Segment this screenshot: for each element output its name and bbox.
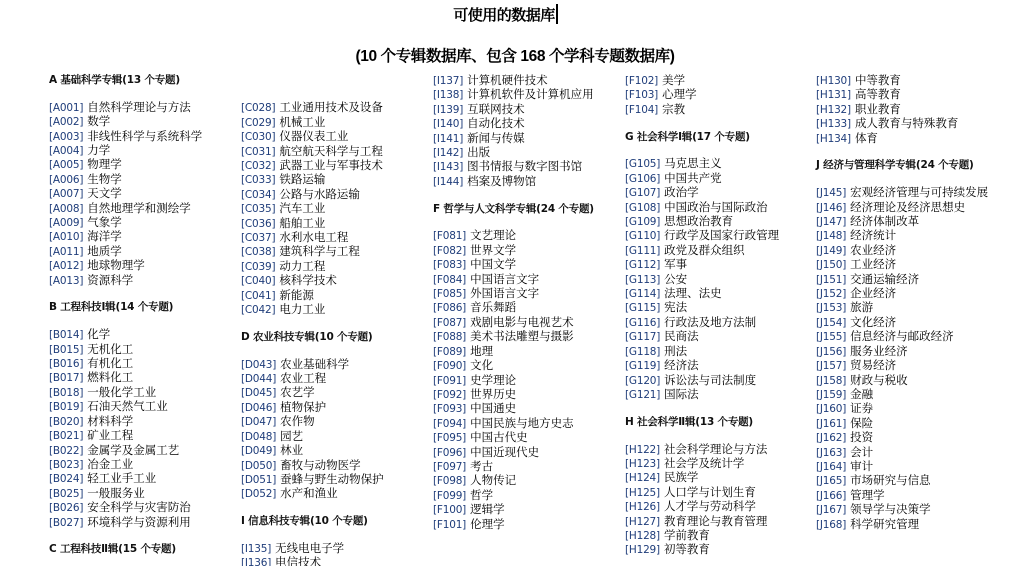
database-name: 中国政治与国际政治	[664, 200, 768, 214]
database-code: [F094]	[433, 418, 466, 430]
database-item: [A013]资源科学	[49, 274, 239, 288]
database-code: [J161]	[816, 418, 846, 430]
database-item: [C030]仪器仪表工业	[241, 130, 431, 144]
database-code: [I141]	[433, 133, 463, 145]
database-code: [G117]	[625, 331, 660, 343]
database-item: [J160]证券	[816, 402, 1006, 416]
database-name: 数学	[87, 114, 110, 128]
database-name: 力学	[87, 143, 110, 157]
spacer	[625, 429, 815, 442]
database-code: [H130]	[816, 75, 851, 87]
column-5: [H130]中等教育[H131]高等教育[H132]职业教育[H133]成人教育…	[816, 74, 1006, 532]
database-code: [C036]	[241, 218, 275, 230]
database-code: [C040]	[241, 275, 275, 287]
database-name: 政治学	[664, 185, 699, 199]
database-name: 文艺理论	[470, 228, 516, 242]
database-item: [A010]海洋学	[49, 230, 239, 244]
spacer	[49, 288, 239, 301]
database-name: 计算机硬件技术	[467, 73, 548, 87]
database-name: 诉讼法与司法制度	[664, 373, 756, 387]
database-name: 地理	[470, 344, 493, 358]
database-code: [H133]	[816, 118, 851, 130]
database-code: [C030]	[241, 131, 275, 143]
database-code: [B027]	[49, 517, 83, 529]
database-item: [F085]外国语言文字	[433, 287, 623, 301]
database-code: [D050]	[241, 460, 276, 472]
database-item: [J157]贸易经济	[816, 359, 1006, 373]
database-code: [F099]	[433, 490, 466, 502]
database-name: 领导学与决策学	[850, 502, 931, 516]
database-item: [J161]保险	[816, 417, 1006, 431]
database-name: 植物保护	[280, 400, 326, 414]
database-item: [F081]文艺理论	[433, 229, 623, 243]
database-item: [J154]文化经济	[816, 316, 1006, 330]
database-code: [G110]	[625, 230, 660, 242]
database-code: [C042]	[241, 304, 275, 316]
spacer	[241, 317, 431, 330]
database-name: 公安	[664, 272, 687, 286]
database-code: [F093]	[433, 403, 466, 415]
database-code: [B015]	[49, 344, 83, 356]
database-item: [I141]新闻与传媒	[433, 132, 623, 146]
database-code: [A010]	[49, 231, 83, 243]
database-item: [I135]无线电电子学	[241, 542, 431, 556]
database-name: 中国民族与地方史志	[470, 416, 574, 430]
database-item: [C037]水利水电工程	[241, 231, 431, 245]
database-name: 社会学及统计学	[664, 456, 745, 470]
database-code: [J167]	[816, 504, 846, 516]
database-item: [J149]农业经济	[816, 244, 1006, 258]
database-code: [C033]	[241, 174, 275, 186]
database-name: 经济体制改革	[850, 214, 919, 228]
database-name: 民族学	[664, 470, 699, 484]
database-code: [J148]	[816, 230, 846, 242]
database-item: [G109]思想政治教育	[625, 215, 815, 229]
database-name: 核科学技术	[279, 273, 337, 287]
database-name: 汽车工业	[279, 201, 325, 215]
database-item: [B023]冶金工业	[49, 458, 239, 472]
database-item: [C040]核科学技术	[241, 274, 431, 288]
database-code: [D047]	[241, 416, 276, 428]
database-item: [G121]国际法	[625, 388, 815, 402]
spacer	[241, 502, 431, 515]
database-code: [G111]	[625, 245, 660, 257]
database-item: [J153]旅游	[816, 301, 1006, 315]
database-code: [F092]	[433, 389, 466, 401]
database-item: [I140]自动化技术	[433, 117, 623, 131]
database-name: 世界文学	[470, 243, 516, 257]
database-item: [F091]史学理论	[433, 374, 623, 388]
database-code: [F098]	[433, 475, 466, 487]
database-item: [I138]计算机软件及计算机应用	[433, 88, 623, 102]
database-item: [I144]档案及博物馆	[433, 175, 623, 189]
database-code: [D045]	[241, 387, 276, 399]
database-item: [J159]金融	[816, 388, 1006, 402]
database-code: [H122]	[625, 444, 660, 456]
database-code: [J163]	[816, 447, 846, 459]
database-name: 船舶工业	[279, 216, 325, 230]
database-code: [A003]	[49, 131, 83, 143]
database-item: [H127]教育理论与教育管理	[625, 515, 815, 529]
database-name: 军事	[664, 257, 687, 271]
database-name: 旅游	[850, 300, 873, 314]
database-item: [G106]中国共产党	[625, 172, 815, 186]
spacer	[433, 189, 623, 202]
database-item: [C041]新能源	[241, 289, 431, 303]
database-item: [D049]林业	[241, 444, 431, 458]
database-item: [F092]世界历史	[433, 388, 623, 402]
database-item: [F093]中国通史	[433, 402, 623, 416]
database-item: [F083]中国文学	[433, 258, 623, 272]
database-code: [A011]	[49, 246, 83, 258]
database-name: 企业经济	[850, 286, 896, 300]
database-item: [F094]中国民族与地方史志	[433, 417, 623, 431]
spacer	[241, 529, 431, 542]
database-item: [F087]戏剧电影与电视艺术	[433, 316, 623, 330]
database-name: 电力工业	[279, 302, 325, 316]
database-name: 材料科学	[87, 414, 133, 428]
database-item: [J148]经济统计	[816, 229, 1006, 243]
database-item: [C029]机械工业	[241, 116, 431, 130]
database-code: [C032]	[241, 160, 275, 172]
database-code: [B023]	[49, 459, 83, 471]
database-name: 安全科学与灾害防治	[87, 500, 191, 514]
database-name: 水产和渔业	[280, 486, 338, 500]
database-item: [F100]逻辑学	[433, 503, 623, 517]
database-name: 生物学	[87, 172, 122, 186]
database-name: 民商法	[664, 329, 699, 343]
database-code: [G120]	[625, 375, 660, 387]
database-item: [G118]刑法	[625, 345, 815, 359]
database-code: [C029]	[241, 117, 275, 129]
database-item: [D046]植物保护	[241, 401, 431, 415]
database-item: [D050]畜牧与动物医学	[241, 459, 431, 473]
database-name: 人物传记	[470, 473, 516, 487]
spacer	[241, 344, 431, 357]
database-item: [A012]地球物理学	[49, 259, 239, 273]
database-code: [F089]	[433, 346, 466, 358]
database-code: [H125]	[625, 487, 660, 499]
database-name: 政党及群众组织	[664, 243, 745, 257]
database-code: [G119]	[625, 360, 660, 372]
database-name: 宪法	[664, 300, 687, 314]
database-code: [J154]	[816, 317, 846, 329]
document-title[interactable]: 可使用的数据库	[0, 4, 1011, 25]
database-name: 自动化技术	[467, 116, 525, 130]
database-name: 化学	[87, 327, 110, 341]
database-name: 人才学与劳动科学	[664, 499, 756, 513]
database-code: [J146]	[816, 202, 846, 214]
database-name: 铁路运输	[279, 172, 325, 186]
database-item: [H124]民族学	[625, 471, 815, 485]
database-name: 出版	[467, 145, 490, 159]
database-item: [I139]互联网技术	[433, 103, 623, 117]
column-3: [I137]计算机硬件技术[I138]计算机软件及计算机应用[I139]互联网技…	[433, 74, 623, 532]
database-name: 哲学	[470, 488, 493, 502]
database-name: 非线性科学与系统科学	[87, 129, 202, 143]
database-item: [I143]图书情报与数字图书馆	[433, 160, 623, 174]
database-item: [J164]审计	[816, 460, 1006, 474]
database-code: [D046]	[241, 402, 276, 414]
database-name: 机械工业	[279, 115, 325, 129]
database-code: [G106]	[625, 173, 660, 185]
database-name: 美术书法雕塑与摄影	[470, 329, 574, 343]
database-name: 逻辑学	[470, 502, 505, 516]
section-heading: F 哲学与人文科学专辑(24 个专题)	[433, 203, 623, 216]
database-code: [J149]	[816, 245, 846, 257]
database-name: 学前教育	[664, 528, 710, 542]
database-code: [G105]	[625, 158, 660, 170]
database-code: [D052]	[241, 488, 276, 500]
database-item: [F089]地理	[433, 345, 623, 359]
database-code: [G113]	[625, 274, 660, 286]
spacer	[49, 315, 239, 328]
database-item: [H133]成人教育与特殊教育	[816, 117, 1006, 131]
database-code: [F086]	[433, 302, 466, 314]
database-item: [J145]宏观经济管理与可持续发展	[816, 186, 1006, 200]
database-code: [C028]	[241, 102, 275, 114]
database-code: [J164]	[816, 461, 846, 473]
database-name: 农业工程	[280, 371, 326, 385]
database-item: [H134]体育	[816, 132, 1006, 146]
database-code: [F096]	[433, 447, 466, 459]
database-code: [G112]	[625, 259, 660, 271]
database-code: [D048]	[241, 431, 276, 443]
database-code: [F081]	[433, 230, 466, 242]
database-item: [J156]服务业经济	[816, 345, 1006, 359]
database-name: 行政学及国家行政管理	[664, 228, 779, 242]
database-name: 科学研究管理	[850, 517, 919, 531]
database-item: [G110]行政学及国家行政管理	[625, 229, 815, 243]
database-name: 畜牧与动物医学	[280, 458, 361, 472]
database-item: [F098]人物传记	[433, 474, 623, 488]
database-code: [F091]	[433, 375, 466, 387]
database-item: [G107]政治学	[625, 186, 815, 200]
database-name: 证券	[850, 401, 873, 415]
database-item: [B025]一般服务业	[49, 487, 239, 501]
database-item: [F086]音乐舞蹈	[433, 301, 623, 315]
database-name: 史学理论	[470, 373, 516, 387]
database-code: [F083]	[433, 259, 466, 271]
database-code: [B019]	[49, 401, 83, 413]
database-name: 音乐舞蹈	[470, 300, 516, 314]
database-code: [G116]	[625, 317, 660, 329]
database-name: 航空航天科学与工程	[279, 144, 383, 158]
database-code: [A005]	[49, 159, 83, 171]
database-name: 投资	[850, 430, 873, 444]
database-item: [G112]军事	[625, 258, 815, 272]
database-code: [J150]	[816, 259, 846, 271]
database-item: [F103]心理学	[625, 88, 815, 102]
database-name: 园艺	[280, 429, 303, 443]
database-code: [J160]	[816, 403, 846, 415]
database-name: 中国文学	[470, 257, 516, 271]
database-name: 经济统计	[850, 228, 896, 242]
database-name: 新闻与传媒	[467, 131, 525, 145]
spacer	[241, 88, 431, 101]
database-name: 海洋学	[87, 229, 122, 243]
database-item: [B021]矿业工程	[49, 429, 239, 443]
database-code: [J147]	[816, 216, 846, 228]
database-item: [A001]自然科学理论与方法	[49, 101, 239, 115]
database-item: [A007]天文学	[49, 187, 239, 201]
database-item: [G119]经济法	[625, 359, 815, 373]
database-code: [H126]	[625, 501, 660, 513]
database-code: [C037]	[241, 232, 275, 244]
database-item: [A002]数学	[49, 115, 239, 129]
database-code: [F085]	[433, 288, 466, 300]
database-item: [F104]宗教	[625, 103, 815, 117]
database-name: 经济理论及经济思想史	[850, 200, 965, 214]
database-item: [D051]蚕蜂与野生动物保护	[241, 473, 431, 487]
database-item: [H129]初等教育	[625, 543, 815, 557]
database-item: [B027]环境科学与资源利用	[49, 516, 239, 530]
database-name: 初等教育	[664, 542, 710, 556]
database-name: 水利水电工程	[279, 230, 348, 244]
database-code: [C031]	[241, 146, 275, 158]
database-name: 贸易经济	[850, 358, 896, 372]
database-item: [J167]领导学与决策学	[816, 503, 1006, 517]
database-code: [A008]	[49, 203, 83, 215]
database-code: [A012]	[49, 260, 83, 272]
database-code: [H123]	[625, 458, 660, 470]
database-name: 市场研究与信息	[850, 473, 931, 487]
database-item: [H125]人口学与计划生育	[625, 486, 815, 500]
database-name: 地质学	[87, 244, 122, 258]
section-heading: B 工程科技Ⅰ辑(14 个专题)	[49, 301, 239, 314]
database-item: [B014]化学	[49, 328, 239, 342]
database-name: 有机化工	[87, 356, 133, 370]
database-code: [F102]	[625, 75, 658, 87]
database-item: [A008]自然地理学和测绘学	[49, 202, 239, 216]
database-code: [H134]	[816, 133, 851, 145]
database-item: [D045]农艺学	[241, 386, 431, 400]
database-item: [F101]伦理学	[433, 518, 623, 532]
database-item: [H126]人才学与劳动科学	[625, 500, 815, 514]
document-title-text: 可使用的数据库	[453, 7, 555, 24]
database-code: [J153]	[816, 302, 846, 314]
database-name: 金融	[850, 387, 873, 401]
spacer	[49, 530, 239, 543]
database-code: [H131]	[816, 89, 851, 101]
section-heading: D 农业科技专辑(10 个专题)	[241, 331, 431, 344]
database-code: [F101]	[433, 519, 466, 531]
database-item: [J166]管理学	[816, 489, 1006, 503]
database-code: [G107]	[625, 187, 660, 199]
database-item: [H123]社会学及统计学	[625, 457, 815, 471]
database-code: [F097]	[433, 461, 466, 473]
database-code: [F084]	[433, 274, 466, 286]
database-code: [A004]	[49, 145, 83, 157]
database-code: [J156]	[816, 346, 846, 358]
database-item: [F097]考古	[433, 460, 623, 474]
document-subtitle: (10 个专辑数据库、包含 168 个学科专题数据库)	[0, 44, 1011, 66]
database-code: [B026]	[49, 502, 83, 514]
database-code: [G118]	[625, 346, 660, 358]
database-item: [B018]一般化学工业	[49, 386, 239, 400]
database-name: 农业经济	[850, 243, 896, 257]
database-code: [C041]	[241, 290, 275, 302]
database-item: [I137]计算机硬件技术	[433, 74, 623, 88]
database-name: 宗教	[662, 102, 685, 116]
database-item: [F082]世界文学	[433, 244, 623, 258]
spacer	[816, 173, 1006, 186]
database-code: [D044]	[241, 373, 276, 385]
database-name: 社会科学理论与方法	[664, 442, 768, 456]
database-code: [B024]	[49, 473, 83, 485]
database-name: 石油天然气工业	[87, 399, 168, 413]
database-name: 中国近现代史	[470, 445, 539, 459]
database-code: [C038]	[241, 246, 275, 258]
database-name: 中国古代史	[470, 430, 528, 444]
database-name: 伦理学	[470, 517, 505, 531]
database-code: [C035]	[241, 203, 275, 215]
database-name: 审计	[850, 459, 873, 473]
database-name: 工业经济	[850, 257, 896, 271]
database-name: 国际法	[664, 387, 699, 401]
database-name: 无机化工	[87, 342, 133, 356]
database-item: [J152]企业经济	[816, 287, 1006, 301]
database-name: 法理、法史	[664, 286, 722, 300]
database-code: [F095]	[433, 432, 466, 444]
spacer	[625, 144, 815, 157]
database-code: [G114]	[625, 288, 660, 300]
database-code: [G108]	[625, 202, 660, 214]
database-name: 文化	[470, 358, 493, 372]
database-item: [H128]学前教育	[625, 529, 815, 543]
database-name: 农艺学	[280, 385, 315, 399]
database-item: [I136]电信技术	[241, 556, 431, 566]
database-item: [C033]铁路运输	[241, 173, 431, 187]
text-cursor	[556, 4, 558, 24]
database-name: 自然地理学和测绘学	[87, 201, 191, 215]
database-item: [H130]中等教育	[816, 74, 1006, 88]
database-item: [A006]生物学	[49, 173, 239, 187]
database-item: [A003]非线性科学与系统科学	[49, 130, 239, 144]
database-name: 公路与水路运输	[279, 187, 360, 201]
database-code: [A006]	[49, 174, 83, 186]
database-item: [J163]会计	[816, 446, 1006, 460]
database-code: [I138]	[433, 89, 463, 101]
database-name: 人口学与计划生育	[664, 485, 756, 499]
database-name: 农业基础科学	[280, 357, 349, 371]
database-name: 燃料化工	[87, 370, 133, 384]
database-code: [D051]	[241, 474, 276, 486]
database-code: [J151]	[816, 274, 846, 286]
database-item: [D043]农业基础科学	[241, 358, 431, 372]
database-code: [A009]	[49, 217, 83, 229]
database-item: [C039]动力工程	[241, 260, 431, 274]
database-name: 世界历史	[470, 387, 516, 401]
database-item: [B026]安全科学与灾害防治	[49, 501, 239, 515]
database-item: [B017]燃料化工	[49, 371, 239, 385]
database-item: [F102]美学	[625, 74, 815, 88]
database-name: 无线电电子学	[275, 541, 344, 555]
database-name: 矿业工程	[87, 428, 133, 442]
database-name: 会计	[850, 445, 873, 459]
database-name: 职业教育	[855, 102, 901, 116]
database-name: 计算机软件及计算机应用	[467, 87, 594, 101]
database-name: 蚕蜂与野生动物保护	[280, 472, 384, 486]
database-item: [J158]财政与税收	[816, 374, 1006, 388]
database-name: 一般化学工业	[87, 385, 156, 399]
database-code: [F100]	[433, 504, 466, 516]
database-item: [J151]交通运输经济	[816, 273, 1006, 287]
section-heading: C 工程科技Ⅱ辑(15 个专题)	[49, 543, 239, 556]
database-name: 文化经济	[850, 315, 896, 329]
database-name: 马克思主义	[664, 156, 722, 170]
database-name: 轻工业手工业	[87, 471, 156, 485]
